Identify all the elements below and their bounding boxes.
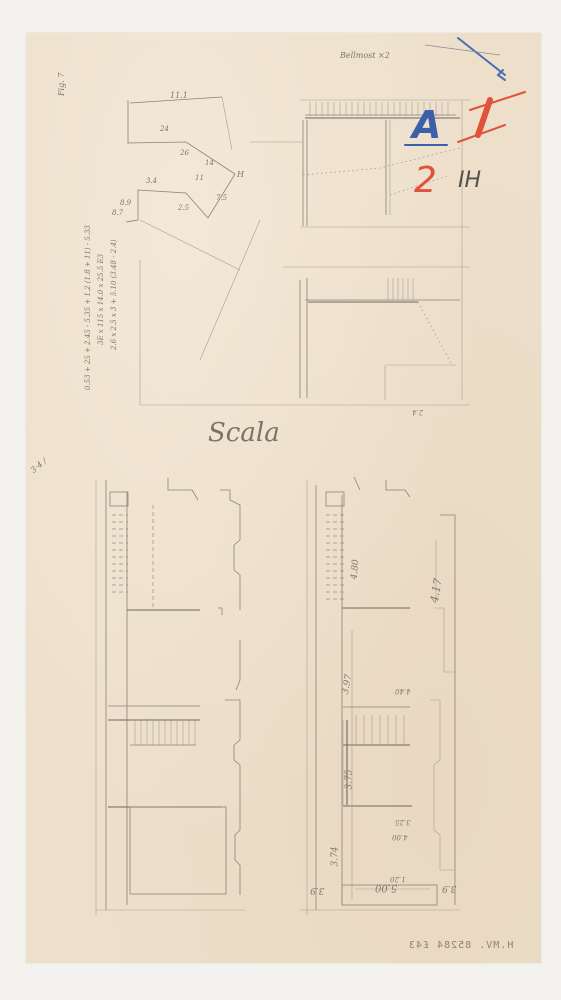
left-floor-plan (96, 478, 245, 915)
calc-line-1: 0.53 + 25 + 2.45 - 5.35 + 1.2 (1.8 + 11)… (85, 225, 92, 390)
blue-letter-a: A (412, 103, 441, 147)
polygon-label: 11.1 (170, 92, 188, 100)
archive-stamp: H.MV. 85284 £43 (408, 940, 513, 951)
lower-section (140, 220, 470, 405)
top-note: Bellmost ×2 (340, 52, 390, 60)
polygon-label: H (237, 171, 244, 179)
side-note: Fig. 7 (58, 73, 66, 96)
polygon-label: 11 (195, 175, 204, 182)
polygon-label: 14 (205, 160, 214, 167)
blue-crayon-stroke (458, 38, 505, 80)
dimension-label: 4.80 (351, 559, 362, 580)
polygon-label: 8.9 (120, 200, 131, 207)
dimension-label: 3.9 (310, 885, 324, 894)
red-number-2: 2 (414, 160, 437, 201)
dimension-label: 3.25 (395, 818, 411, 825)
polygon-sketch (126, 97, 240, 270)
calc-line-2: 3E x 115 x 14.0 x 25.5 E3 (98, 254, 105, 345)
dimension-label: 1.20 (390, 875, 406, 882)
polygon-label: 8.7 (112, 210, 123, 217)
gray-label-ih: IH (458, 168, 481, 193)
dimension-label: 2.4 (412, 408, 423, 415)
dimension-label: 4.00 (392, 833, 408, 840)
polygon-label: 24 (160, 126, 169, 133)
dimension-label: 3.9 (442, 883, 456, 892)
calc-line-3: 2.6 x 2.5 x 3 + 5.10 (3.48 - 2.4) (111, 239, 118, 350)
polygon-label: 7.5 (216, 195, 227, 202)
dimension-label: 3.75 (346, 769, 355, 789)
right-floor-plan (300, 477, 460, 915)
pencil-drawing (0, 0, 561, 1000)
dimension-label: 3.74 (332, 846, 341, 866)
polygon-label: 3.4 (146, 178, 157, 185)
scala-title: Scala (208, 420, 280, 446)
dimension-label: 5.00 (375, 882, 397, 892)
polygon-label: 2.5 (178, 205, 189, 212)
polygon-label: 26 (180, 150, 189, 157)
dimension-label: 4.40 (395, 687, 411, 694)
